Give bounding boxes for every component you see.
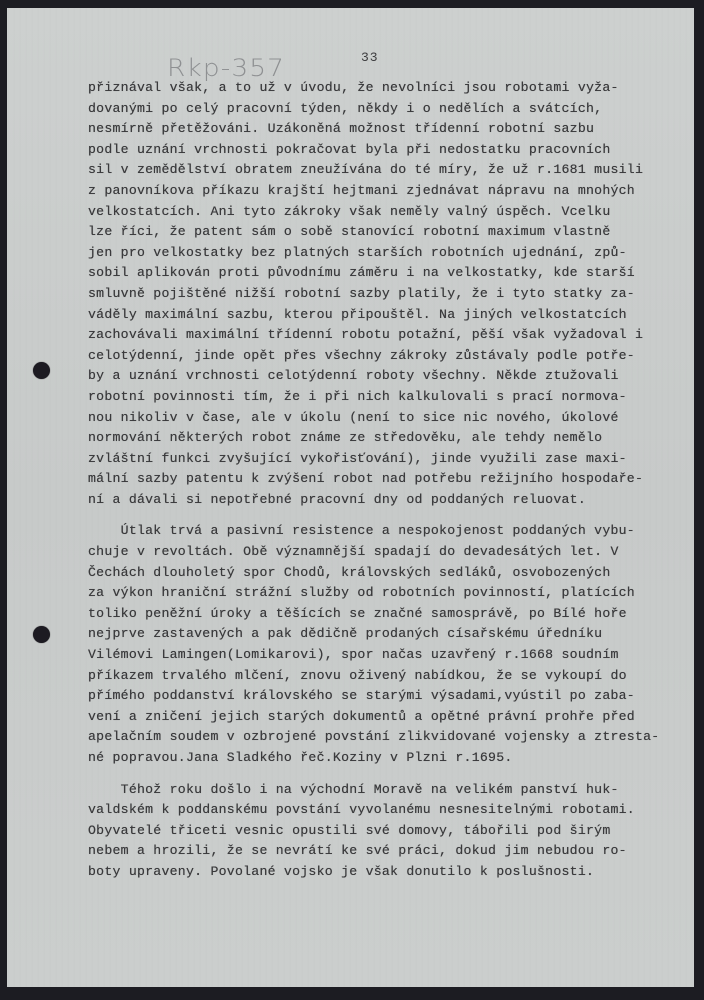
text-line: přiznával však, a to už v úvodu, že nevo… <box>88 78 688 99</box>
text-line: sobil aplikován proti původnímu záměru i… <box>88 263 688 284</box>
text-line: Čechách dlouholetý spor Chodů, královský… <box>88 563 688 584</box>
text-line: váděly maximální sazbu, kterou připouště… <box>88 305 688 326</box>
text-line: sil v zemědělství obratem zneužívána do … <box>88 160 688 181</box>
text-line: dovanými po celý pracovní týden, někdy i… <box>88 99 688 120</box>
text-line: lze říci, že patent sám o sobě stanovící… <box>88 222 688 243</box>
text-line: apelačním soudem v ozbrojené povstání zl… <box>88 727 688 748</box>
typewritten-text-body: přiznával však, a to už v úvodu, že nevo… <box>88 78 688 883</box>
punch-hole-upper <box>33 362 50 379</box>
text-line: nebem a hrozili, že se nevrátí ke své pr… <box>88 841 688 862</box>
text-line: nejprve zastavených a pak dědičně prodan… <box>88 624 688 645</box>
text-line: ní a dávali si nepotřebné pracovní dny o… <box>88 490 688 511</box>
text-line: Obyvatelé třiceti vesnic opustili své do… <box>88 821 688 842</box>
text-line: z panovníkova příkazu krajští hejtmani z… <box>88 181 688 202</box>
page-number: 33 <box>361 50 379 65</box>
text-line: Téhož roku došlo i na východní Moravě na… <box>88 780 688 801</box>
text-line: chuje v revoltách. Obě významnější spada… <box>88 542 688 563</box>
text-line: zvláštní funkci zvyšující vykořisťování)… <box>88 449 688 470</box>
text-line: příkazem trvalého mlčení, znovu oživený … <box>88 666 688 687</box>
text-line: mální sazby patentu k zvýšení robot nad … <box>88 469 688 490</box>
text-line: normování některých robot známe ze střed… <box>88 428 688 449</box>
text-line: robotní povinnosti tím, že i při nich ka… <box>88 387 688 408</box>
text-line: zachovávali maximální třídenní robotu po… <box>88 325 688 346</box>
text-line: velkostatcích. Ani tyto zákroky však nem… <box>88 202 688 223</box>
text-line: Útlak trvá a pasivní resistence a nespok… <box>88 521 688 542</box>
text-line: vení a zničení jejich starých dokumentů … <box>88 707 688 728</box>
paragraph: přiznával však, a to už v úvodu, že nevo… <box>88 78 688 510</box>
text-line: toliko peněžní úroky a těšících se značn… <box>88 604 688 625</box>
text-line: Vilémovi Lamingen(Lomikarovi), spor nača… <box>88 645 688 666</box>
text-line: by a uznání vrchnosti celotýdenní roboty… <box>88 366 688 387</box>
text-line: né popravou.Jana Sladkého řeč.Koziny v P… <box>88 748 688 769</box>
text-line: podle uznání vrchnosti pokračovat byla p… <box>88 140 688 161</box>
text-line: za výkon hraniční strážní služby od robo… <box>88 583 688 604</box>
text-line: smluvně pojištěné nižší robotní sazby pl… <box>88 284 688 305</box>
text-line: přímého poddanství královského se starým… <box>88 686 688 707</box>
paragraph: Téhož roku došlo i na východní Moravě na… <box>88 780 688 883</box>
text-line: jen pro velkostatky bez platných staršíc… <box>88 243 688 264</box>
punch-hole-lower <box>33 626 50 643</box>
paragraph: Útlak trvá a pasivní resistence a nespok… <box>88 521 688 768</box>
text-line: celotýdenní, jinde opět přes všechny zák… <box>88 346 688 367</box>
text-line: valdském k poddanskému povstání vyvolané… <box>88 800 688 821</box>
text-line: nou nikoliv v čase, ale v úkolu (není to… <box>88 408 688 429</box>
text-line: boty upraveny. Povolané vojsko je však d… <box>88 862 688 883</box>
text-line: nesmírně přetěžováni. Uzákoněná možnost … <box>88 119 688 140</box>
